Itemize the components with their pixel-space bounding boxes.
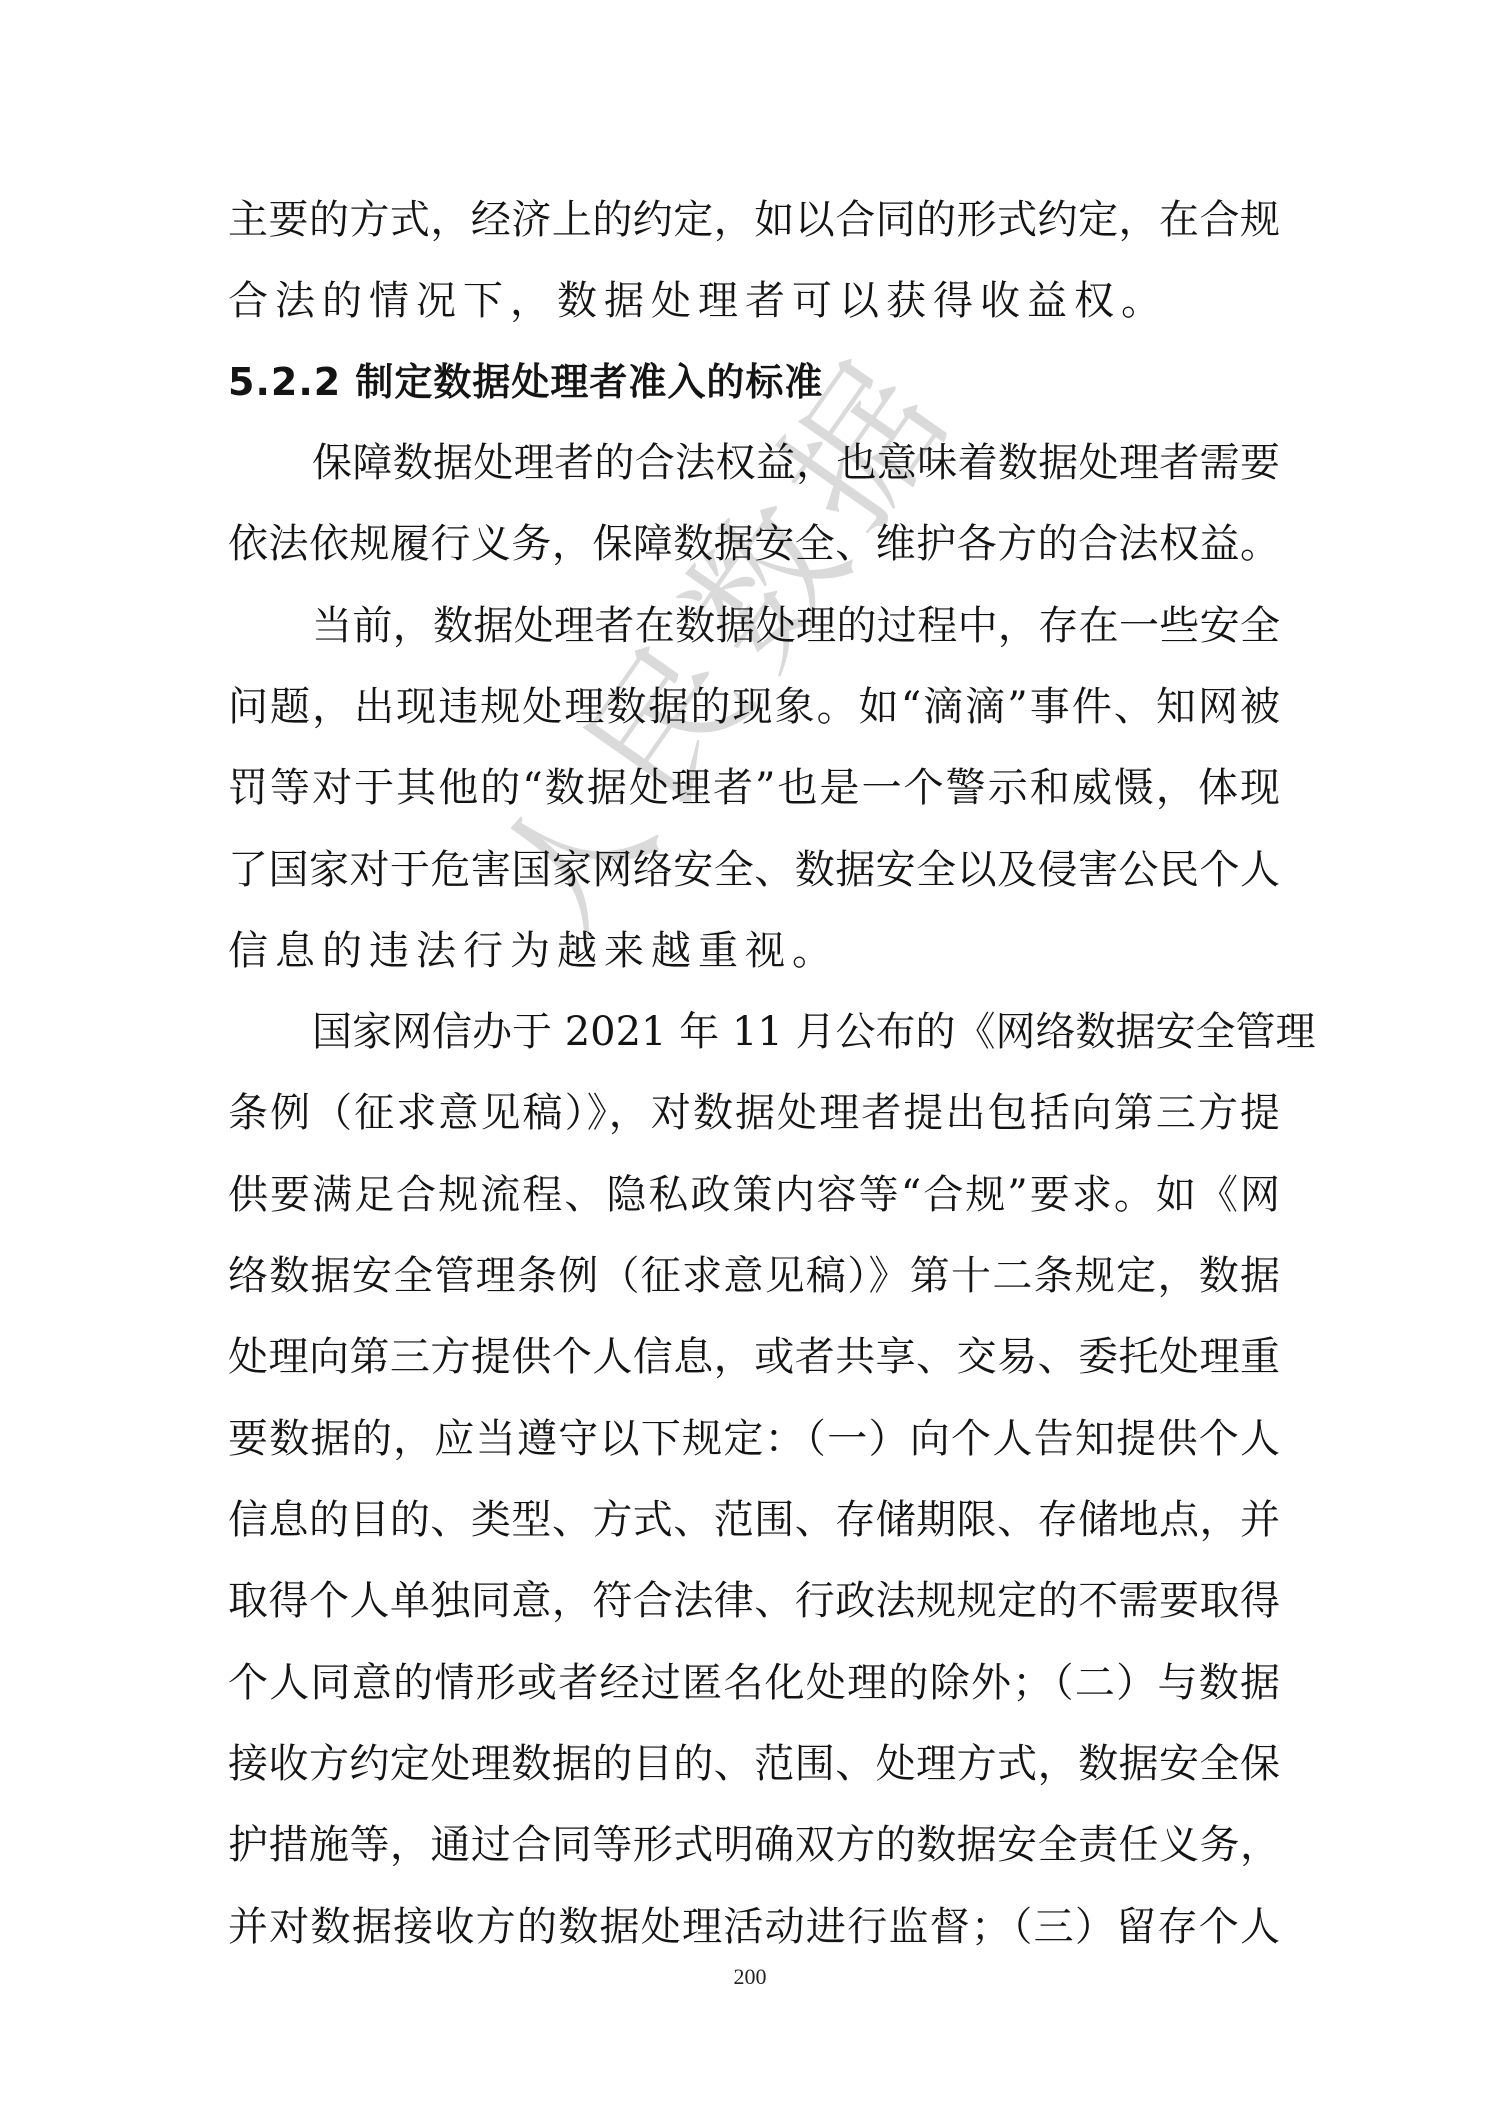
document-page: 人民数据 主要的方式，经济上的约定，如以合同的形式约定，在合规 合法的情况下，数… bbox=[0, 0, 1500, 2121]
text-line: 了国家对于危害国家网络安全、数据安全以及侵害公民个人 bbox=[228, 840, 1280, 900]
text-line: 合法的情况下，数据处理者可以获得收益权。 bbox=[228, 271, 1280, 331]
text-line: 要数据的，应当遵守以下规定：（一）向个人告知提供个人 bbox=[228, 1409, 1280, 1469]
text-line: 络数据安全管理条例（征求意见稿）》第十二条规定，数据 bbox=[228, 1246, 1280, 1306]
text-line: 问题，出现违规处理数据的现象。如“滴滴”事件、知网被 bbox=[228, 677, 1280, 737]
text-line: 处理向第三方提供个人信息，或者共享、交易、委托处理重 bbox=[228, 1327, 1280, 1387]
text-line: 罚等对于其他的“数据处理者”也是一个警示和威慑，体现 bbox=[228, 758, 1280, 818]
text-line: 保障数据处理者的合法权益，也意味着数据处理者需要 bbox=[312, 433, 1280, 493]
text-line: 个人同意的情形或者经过匿名化处理的除外；（二）与数据 bbox=[228, 1653, 1280, 1713]
text-line: 国家网信办于 2021 年 11 月公布的《网络数据安全管理 bbox=[312, 1002, 1280, 1062]
text-line: 并对数据接收方的数据处理活动进行监督；（三）留存个人 bbox=[228, 1897, 1280, 1957]
text-line: 信息的目的、类型、方式、范围、存储期限、存储地点，并 bbox=[228, 1490, 1280, 1550]
page-number: 200 bbox=[0, 1962, 1500, 1992]
text-line: 条例（征求意见稿）》，对数据处理者提出包括向第三方提 bbox=[228, 1083, 1280, 1143]
text-line: 信息的违法行为越来越重视。 bbox=[228, 921, 1280, 981]
text-line: 接收方约定处理数据的目的、范围、处理方式，数据安全保 bbox=[228, 1734, 1280, 1794]
text-line: 护措施等，通过合同等形式明确双方的数据安全责任义务， bbox=[228, 1815, 1280, 1875]
section-heading: 5.2.2 制定数据处理者准入的标准 bbox=[228, 352, 823, 412]
text-line: 取得个人单独同意，符合法律、行政法规规定的不需要取得 bbox=[228, 1571, 1280, 1631]
text-line: 当前，数据处理者在数据处理的过程中，存在一些安全 bbox=[312, 596, 1280, 656]
text-line: 供要满足合规流程、隐私政策内容等“合规”要求。如《网 bbox=[228, 1165, 1280, 1225]
text-line: 依法依规履行义务，保障数据安全、维护各方的合法权益。 bbox=[228, 514, 1280, 574]
text-line: 主要的方式，经济上的约定，如以合同的形式约定，在合规 bbox=[228, 190, 1280, 250]
